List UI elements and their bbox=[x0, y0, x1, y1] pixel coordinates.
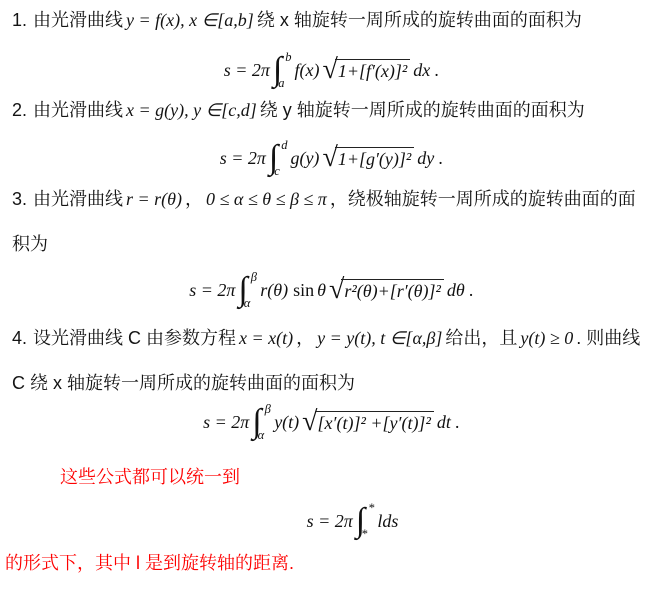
item4-math-expression3: y(t) ≥ 0 bbox=[520, 328, 573, 348]
item1-text-line: 1.由光滑曲线y = f(x), x ∈[a,b]绕 x 轴旋转一周所成的旋转曲… bbox=[12, 9, 582, 31]
summary-red-outro-text: 的形式下，其中 l 是到旋转轴的距离. bbox=[5, 553, 294, 573]
item2-math-expression: x = g(y), y ∈[c,d] bbox=[126, 100, 257, 120]
item3-text-line2: 积为 bbox=[12, 233, 48, 255]
summary-formula: s = 2π ∫ ** lds bbox=[22, 499, 663, 543]
integral-limits: dc bbox=[278, 139, 284, 177]
integral-limits: ba bbox=[282, 51, 288, 89]
formula1-lhs: s = 2π bbox=[224, 60, 270, 81]
summary-red-intro: 这些公式都可以统一到 bbox=[60, 466, 240, 488]
formula1-radicand: 1+[f′(x)]² bbox=[335, 59, 410, 82]
formula5-integrand: lds bbox=[377, 511, 398, 532]
formula2-differential: dy . bbox=[417, 148, 443, 169]
item4-text-mid: 给出，且 bbox=[445, 328, 517, 348]
item4-text-pre: 设光滑曲线 C 由参数方程 bbox=[33, 328, 236, 348]
item2-number: 2. bbox=[12, 100, 27, 120]
item4-text-continued: C 绕 x 轴旋转一周所成的旋转曲面的面积为 bbox=[12, 373, 355, 393]
formula3-integrand: r(θ) bbox=[260, 280, 288, 301]
lower-limit: c bbox=[274, 165, 280, 178]
item2-text-pre: 由光滑曲线 bbox=[33, 100, 123, 120]
item1-formula: s = 2π ∫ ba f(x) √ 1+[f′(x)]² dx . bbox=[0, 48, 663, 92]
formula2-lhs: s = 2π bbox=[220, 148, 266, 169]
item4-text-line2: C 绕 x 轴旋转一周所成的旋转曲面的面积为 bbox=[12, 372, 355, 394]
formula4-lhs: s = 2π bbox=[203, 412, 249, 433]
formula4-differential: dt . bbox=[437, 412, 460, 433]
integral-sign: ∫ ** bbox=[356, 501, 372, 541]
formula3-sin-argument: θ bbox=[317, 280, 326, 301]
item3-text-post: ，绕极轴旋转一周所成的旋转曲面的面 bbox=[330, 189, 636, 209]
formula3-lhs: s = 2π bbox=[189, 280, 235, 301]
item4-math-expression2: y = y(t), t ∈[α,β] bbox=[317, 328, 442, 348]
radical: √ r²(θ)+[r′(θ)]² bbox=[329, 278, 444, 302]
item4-math-expression1: x = x(t) bbox=[239, 328, 293, 348]
item4-comma: ， bbox=[296, 328, 314, 348]
item3-comma: ， bbox=[185, 189, 203, 209]
integral-sign: ∫ dc bbox=[269, 138, 285, 178]
integral-sign: ∫ ba bbox=[273, 50, 289, 90]
item4-formula: s = 2π ∫ βα y(t) √ [x′(t)]² +[y′(t)]² dt… bbox=[0, 400, 663, 444]
formula2-integrand: g(y) bbox=[290, 148, 319, 169]
item1-math-expression: y = f(x), x ∈[a,b] bbox=[126, 10, 254, 30]
summary-red-outro: 的形式下，其中 l 是到旋转轴的距离. bbox=[5, 552, 294, 574]
formula3-differential: dθ . bbox=[447, 280, 474, 301]
formula2-radicand: 1+[g′(y)]² bbox=[335, 147, 414, 170]
radical: √ [x′(t)]² +[y′(t)]² bbox=[302, 410, 434, 434]
integral-limits: ** bbox=[365, 502, 371, 540]
lower-limit: α bbox=[258, 429, 265, 442]
upper-limit: * bbox=[368, 502, 374, 515]
item4-number: 4. bbox=[12, 328, 27, 348]
item1-text-pre: 由光滑曲线 bbox=[33, 10, 123, 30]
upper-limit: d bbox=[281, 139, 287, 152]
item1-text-post: 绕 x 轴旋转一周所成的旋转曲面的面积为 bbox=[257, 10, 582, 30]
integral-limits: βα bbox=[248, 271, 255, 309]
formula3-sin-function: sin bbox=[293, 280, 314, 301]
lower-limit: a bbox=[278, 77, 284, 90]
formula4-radicand: [x′(t)]² +[y′(t)]² bbox=[315, 411, 434, 434]
item1-number: 1. bbox=[12, 10, 27, 30]
summary-red-intro-text: 这些公式都可以统一到 bbox=[60, 467, 240, 487]
upper-limit: β bbox=[251, 271, 258, 284]
item2-text-line: 2.由光滑曲线x = g(y), y ∈[c,d]绕 y 轴旋转一周所成的旋转曲… bbox=[12, 99, 585, 121]
upper-limit: β bbox=[265, 403, 272, 416]
item4-text-line: 4.设光滑曲线 C 由参数方程x = x(t)，y = y(t), t ∈[α,… bbox=[12, 327, 640, 349]
item4-text-post: . 则曲线 bbox=[576, 328, 640, 348]
formula5-lhs: s = 2π bbox=[307, 511, 353, 532]
integral-limits: βα bbox=[262, 403, 269, 441]
radical: √ 1+[g′(y)]² bbox=[322, 146, 414, 170]
item3-text-pre: 由光滑曲线 bbox=[33, 189, 123, 209]
item2-formula: s = 2π ∫ dc g(y) √ 1+[g′(y)]² dy . bbox=[0, 136, 663, 180]
formula1-integrand: f(x) bbox=[294, 60, 319, 81]
item3-text-line: 3.由光滑曲线r = r(θ)，0 ≤ α ≤ θ ≤ β ≤ π，绕极轴旋转一… bbox=[12, 188, 636, 210]
formula1-differential: dx . bbox=[413, 60, 439, 81]
item2-text-post: 绕 y 轴旋转一周所成的旋转曲面的面积为 bbox=[260, 100, 585, 120]
item3-formula: s = 2π ∫ βα r(θ) sin θ √ r²(θ)+[r′(θ)]² … bbox=[0, 268, 663, 312]
integral-sign: ∫ βα bbox=[238, 270, 254, 310]
upper-limit: b bbox=[285, 51, 291, 64]
formula3-radicand: r²(θ)+[r′(θ)]² bbox=[341, 279, 444, 302]
radical: √ 1+[f′(x)]² bbox=[322, 58, 410, 82]
item3-math-expression2: 0 ≤ α ≤ θ ≤ β ≤ π bbox=[206, 189, 327, 209]
lower-limit: * bbox=[361, 528, 367, 541]
item3-text-continued: 积为 bbox=[12, 234, 48, 254]
lower-limit: α bbox=[244, 297, 251, 310]
formula4-integrand: y(t) bbox=[274, 412, 299, 433]
item3-math-expression1: r = r(θ) bbox=[126, 189, 182, 209]
item3-number: 3. bbox=[12, 189, 27, 209]
integral-sign: ∫ βα bbox=[252, 402, 268, 442]
